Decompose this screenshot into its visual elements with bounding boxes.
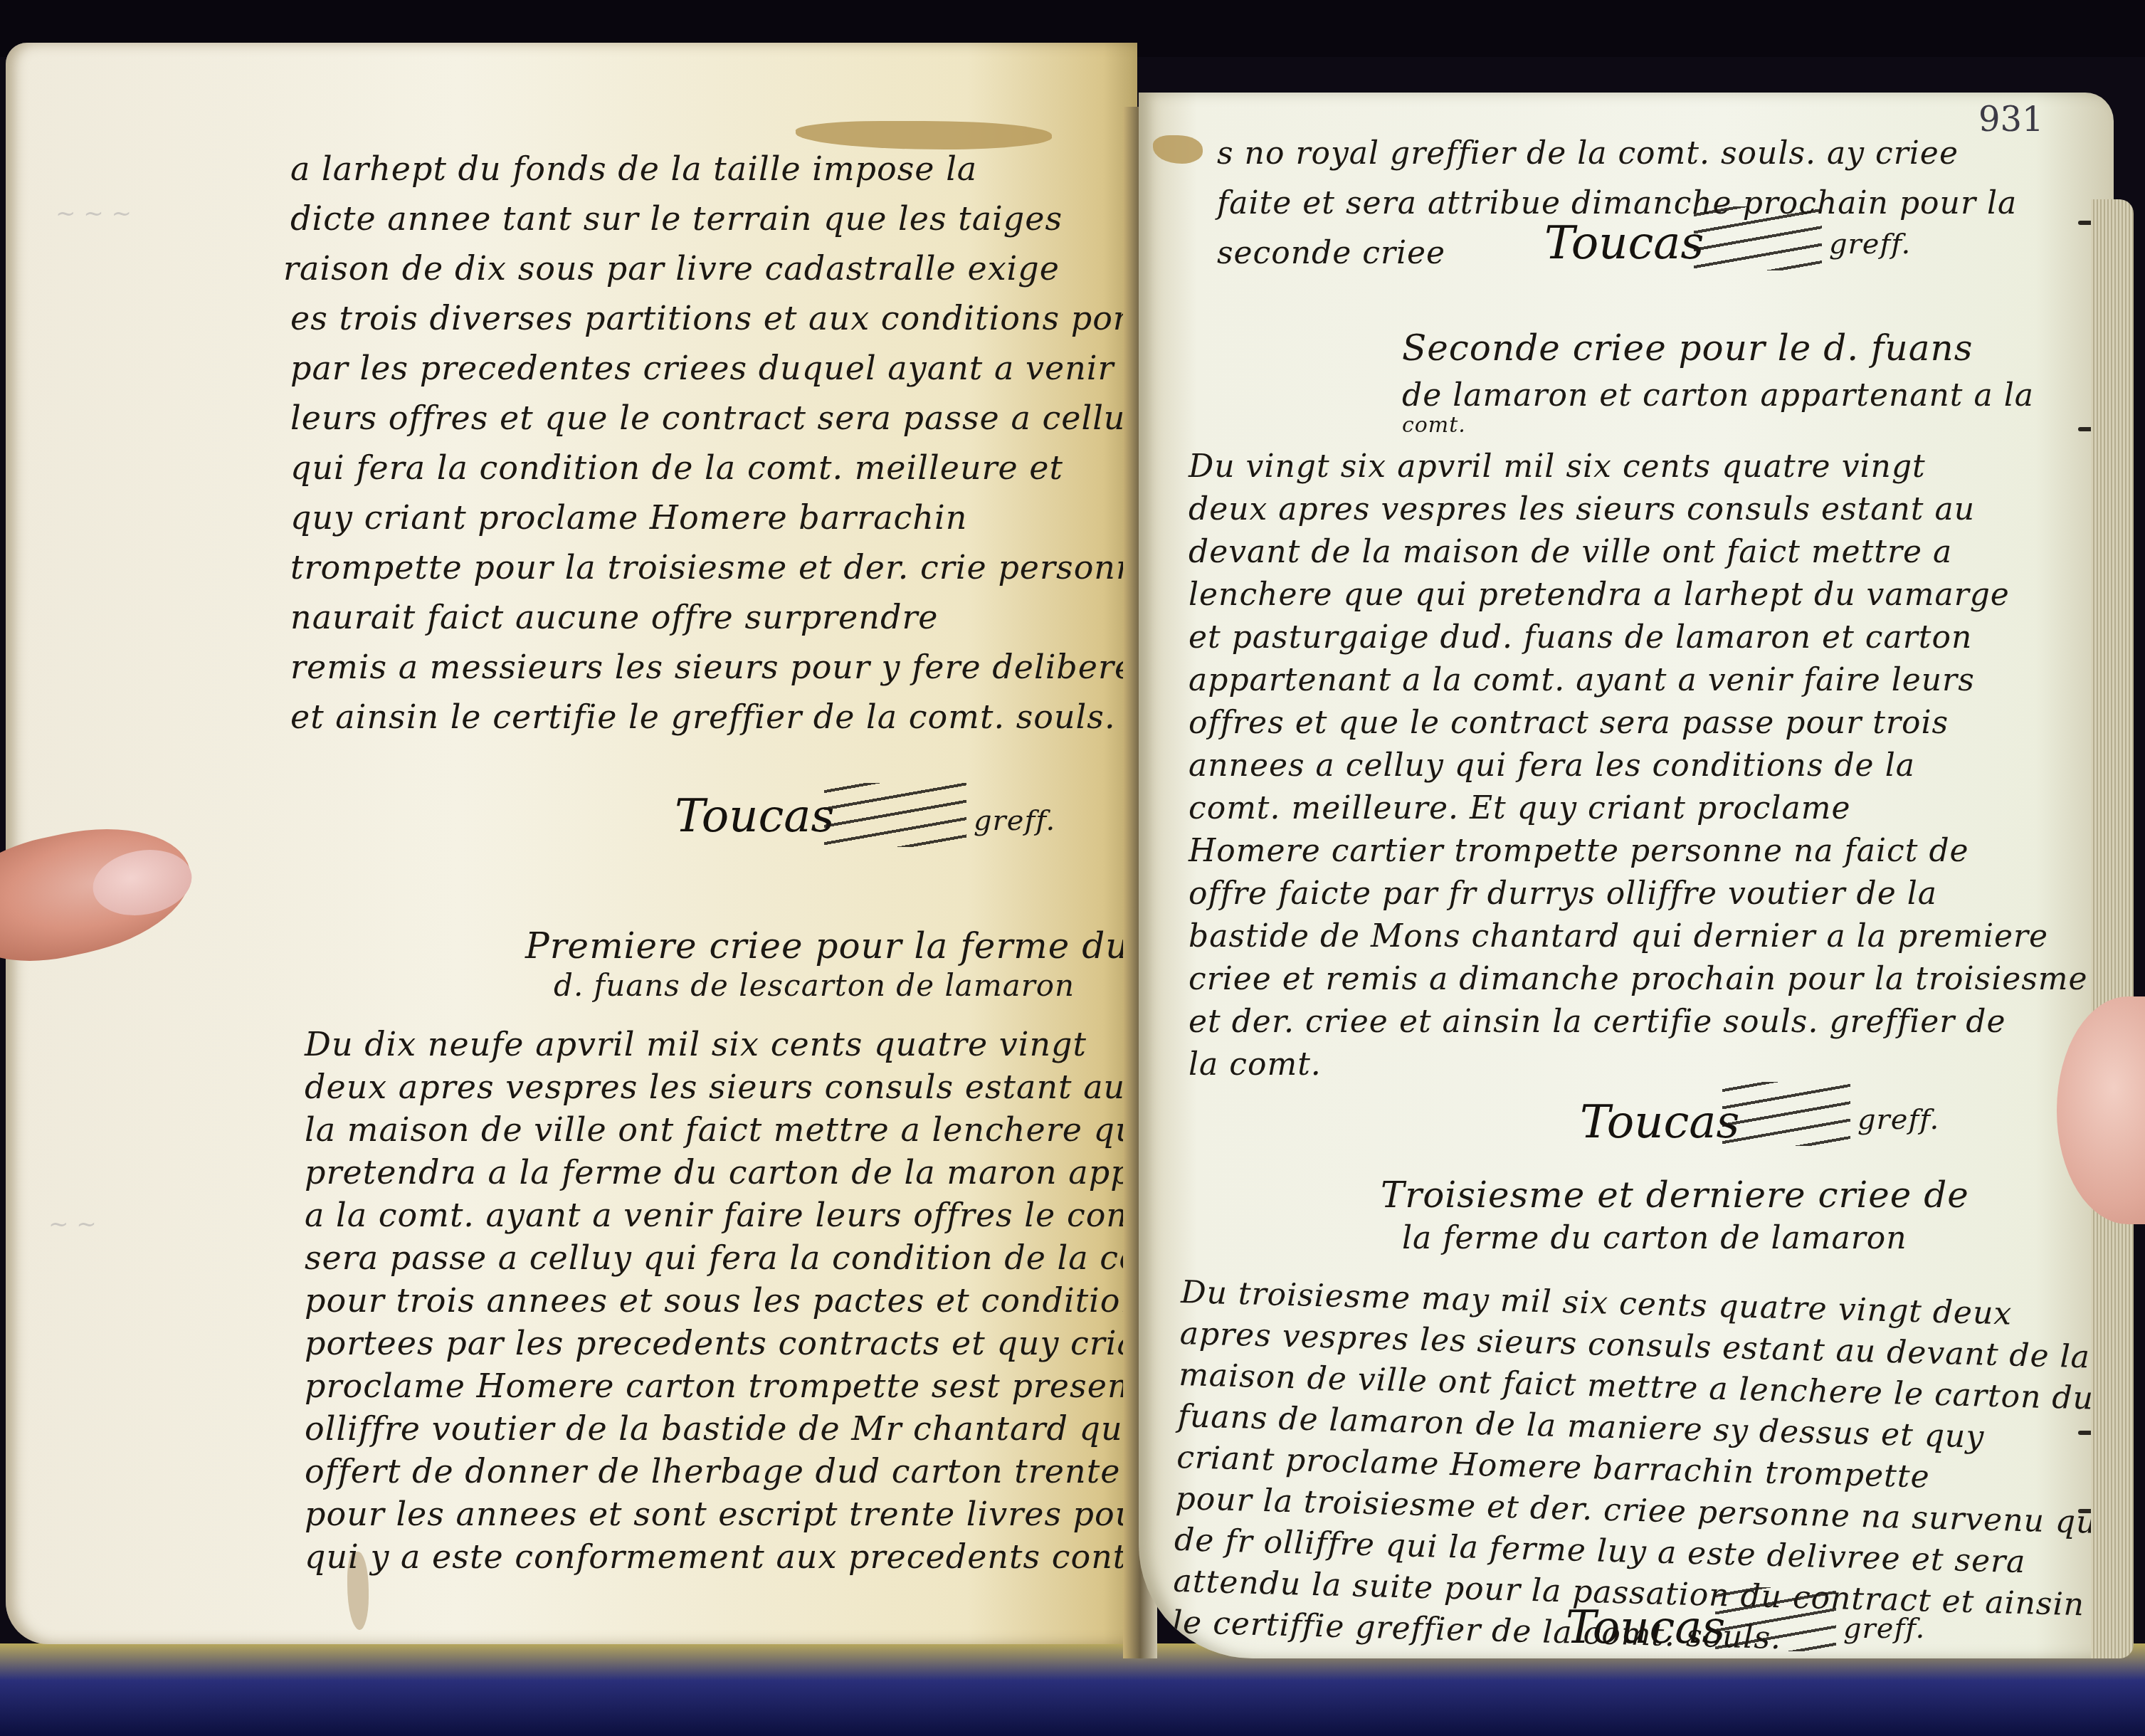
signature-suffix: greff. <box>1829 228 1911 261</box>
bleed-through-text: ~ ~ ~ <box>56 199 132 228</box>
text-line: criee et remis a dimanche prochain pour … <box>1189 961 2088 997</box>
text-line: annees a celluy qui fera les conditions … <box>1189 747 1915 784</box>
section-heading: d. fuans de lescarton de lamaron <box>554 968 1075 1003</box>
text-line: quy criant proclame Homere barrachin <box>290 498 967 537</box>
right-page-edges <box>2091 199 2134 1658</box>
text-line: devant de la maison de ville ont faict m… <box>1189 534 1952 570</box>
text-line: la maison de ville ont faict mettre a le… <box>305 1110 1137 1149</box>
text-line: offres et que le contract sera passe pou… <box>1189 705 1949 741</box>
text-line: es trois diverses partitions et aux cond… <box>290 299 1137 337</box>
text-line: raison de dix sous par livre cadastralle… <box>283 249 1060 288</box>
text-line: offert de donner de lherbage dud carton … <box>305 1452 1137 1490</box>
text-line: par les precedentes criees duquel ayant … <box>290 349 1137 387</box>
signature-paraph <box>1722 1082 1850 1146</box>
section-heading: comt. <box>1402 413 1466 438</box>
signature-paraph <box>1715 1587 1836 1651</box>
text-line: pour trois annees et sous les pactes et … <box>305 1281 1137 1320</box>
signature-toucas: Toucas <box>1544 217 1704 270</box>
text-line: a la comt. ayant a venir faire leurs off… <box>305 1196 1137 1234</box>
text-line: pour les annees et sont escript trente l… <box>305 1495 1137 1533</box>
open-book: ~ ~ ~ ~ ~ a larhept du fonds de la taill… <box>6 28 2134 1687</box>
text-line: trompette pour la troisiesme et der. cri… <box>290 548 1137 586</box>
section-heading: la ferme du carton de lamaron <box>1402 1220 1907 1256</box>
section-heading: Premiere criee pour la ferme du <box>525 925 1129 967</box>
text-line: proclame Homere carton trompette sest pr… <box>305 1367 1137 1405</box>
text-line: seconde criee <box>1217 235 1445 271</box>
text-line: lenchere que qui pretendra a larhept du … <box>1189 577 2010 613</box>
text-line: remis a messieurs les sieurs pour y fere… <box>290 648 1134 686</box>
text-line: et der. criee et ainsin la certifie soul… <box>1189 1004 2006 1040</box>
signature-paraph <box>824 783 966 847</box>
left-page: ~ ~ ~ ~ ~ a larhept du fonds de la taill… <box>6 43 1137 1644</box>
photo-scene: ~ ~ ~ ~ ~ a larhept du fonds de la taill… <box>0 0 2145 1736</box>
text-line: comt. meilleure. Et quy criant proclame <box>1189 790 1850 826</box>
signature-toucas: Toucas <box>675 790 834 843</box>
signature-toucas: Toucas <box>1566 1601 1725 1654</box>
text-line: la comt. <box>1189 1046 1322 1083</box>
text-line: faite et sera attribue dimanche prochain… <box>1217 185 2017 221</box>
text-line: dicte annee tant sur le terrain que les … <box>290 199 1063 238</box>
section-heading: Seconde criee pour le d. fuans <box>1402 327 1973 369</box>
text-line: deux apres vespres les sieurs consuls es… <box>1189 491 1975 527</box>
bleed-through-text: ~ ~ <box>48 1210 97 1238</box>
right-page: 931 s no royal greffier de la comt. soul… <box>1139 93 2114 1658</box>
page-number: 931 <box>1978 100 2044 140</box>
text-line: qui fera la condition de la comt. meille… <box>290 448 1063 487</box>
text-line: qui y a este conformement aux precedents… <box>305 1537 1137 1576</box>
signature-toucas: Toucas <box>1580 1096 1739 1149</box>
page-tear-stain <box>796 121 1052 149</box>
text-line: appartenant a la comt. ayant a venir fai… <box>1189 662 1975 698</box>
page-tear-stain <box>1153 135 1203 164</box>
text-line: portees par les precedents contracts et … <box>305 1324 1137 1362</box>
text-line: Du dix neufe apvril mil six cents quatre… <box>305 1025 1087 1063</box>
text-line: leurs offres et que le contract sera pas… <box>290 399 1137 437</box>
text-line: pretendra a la ferme du carton de la mar… <box>305 1153 1137 1191</box>
text-line: Du vingt six apvril mil six cents quatre… <box>1189 448 1926 485</box>
section-heading: de lamaron et carton appartenant a la <box>1402 377 2034 414</box>
text-line: naurait faict aucune offre surprendre <box>290 598 939 636</box>
signature-paraph <box>1694 206 1822 270</box>
signature-suffix: greff. <box>974 804 1055 837</box>
text-line: et pasturgaige dud. fuans de lamaron et … <box>1189 619 1972 656</box>
text-line: a larhept du fonds de la taille impose l… <box>290 149 977 188</box>
text-line: s no royal greffier de la comt. souls. a… <box>1217 135 1959 172</box>
text-line: sera passe a celluy qui fera la conditio… <box>305 1238 1137 1277</box>
signature-suffix: greff. <box>1843 1612 1925 1645</box>
text-line: et ainsin le certifie le greffier de la … <box>290 698 1116 736</box>
section-heading: Troisiesme et derniere criee de <box>1381 1174 1969 1216</box>
text-line: Homere cartier trompette personne na fai… <box>1189 833 1969 869</box>
text-line: deux apres vespres les sieurs consuls es… <box>305 1068 1137 1106</box>
text-line: offre faicte par fr durrys olliffre vout… <box>1189 875 1937 912</box>
signature-suffix: greff. <box>1857 1103 1939 1136</box>
text-line: bastide de Mons chantard qui dernier a l… <box>1189 918 2048 954</box>
text-line: olliffre voutier de la bastide de Mr cha… <box>305 1409 1137 1448</box>
